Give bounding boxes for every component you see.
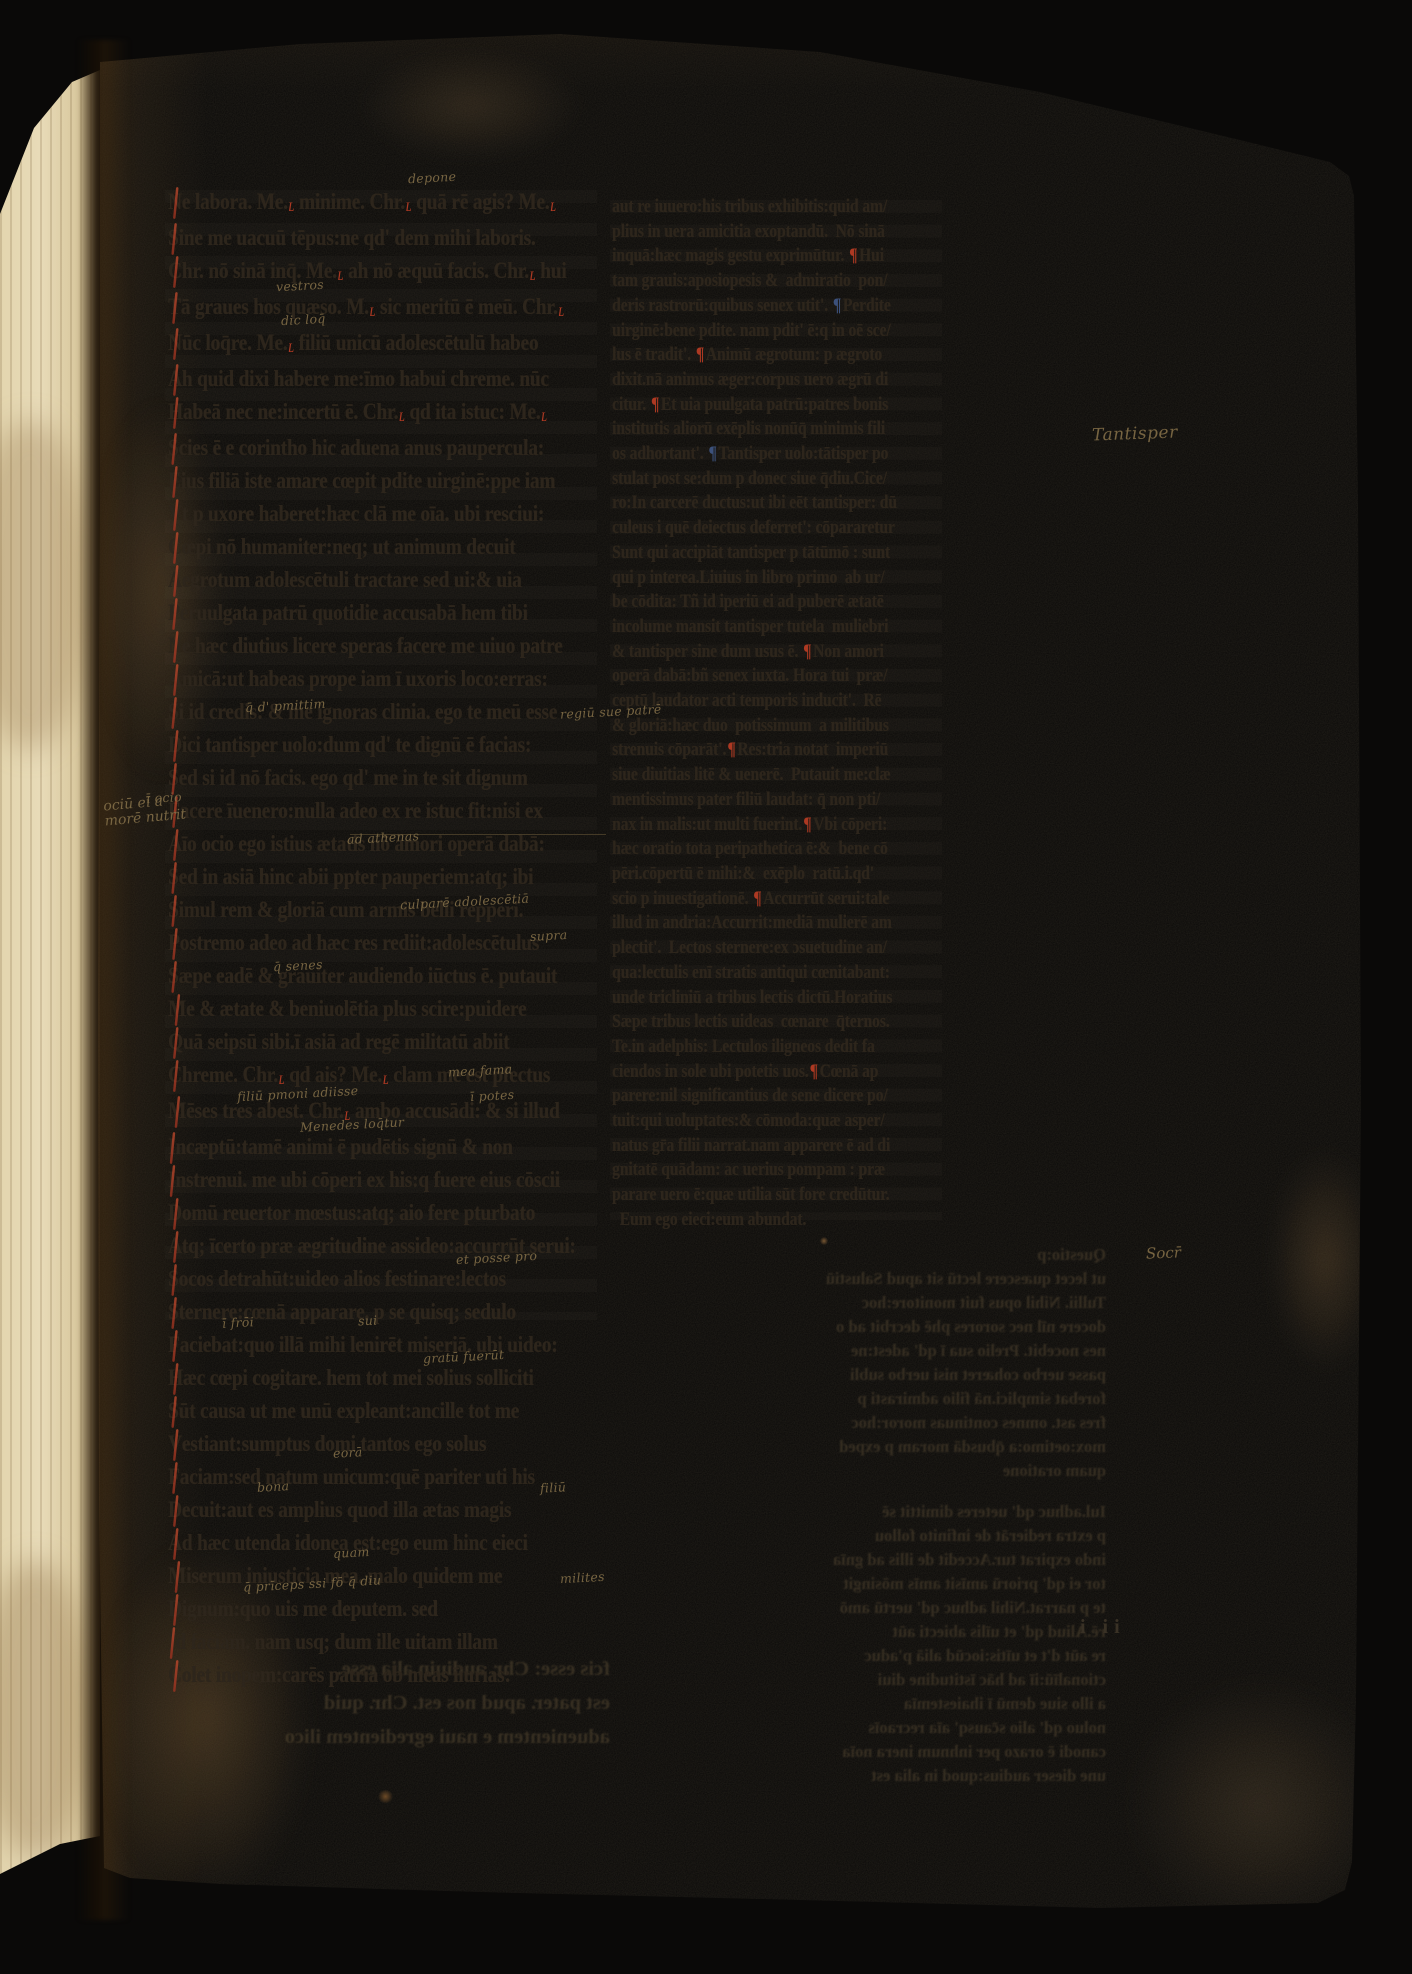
paper-grain-texture xyxy=(0,0,1412,1974)
ink-spot xyxy=(1014,70,1021,77)
photograph-of-incunabulum-page: { "colors":{"rubric_red":"#b13a23","rubr… xyxy=(0,0,1412,1974)
interlinear-gloss: depone xyxy=(408,169,457,187)
damp-stain xyxy=(360,50,580,160)
recto-page: Questio:put lecet quæscere lectū sit apu… xyxy=(0,0,1412,1974)
gutter-stain xyxy=(0,420,90,750)
gutter-stain xyxy=(0,1560,90,1860)
